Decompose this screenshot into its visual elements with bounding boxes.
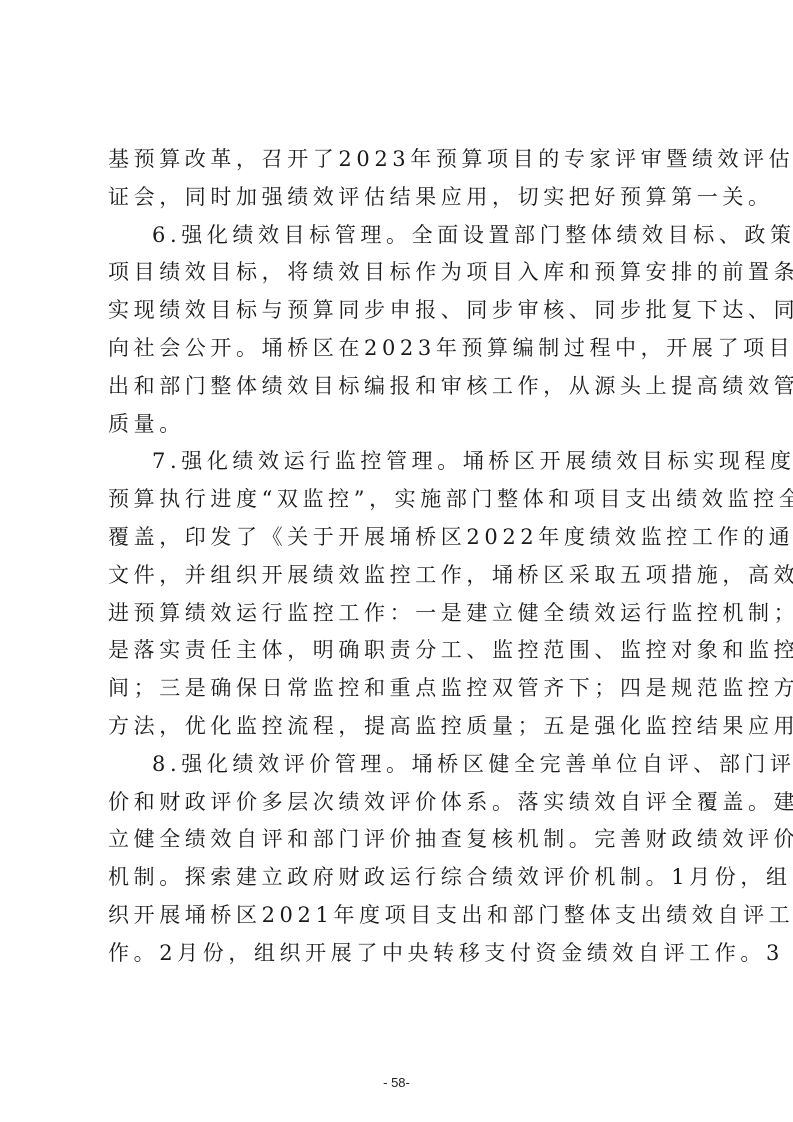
text-line: 项目绩效目标，将绩效目标作为项目入库和预算安排的前置条件， [108, 254, 684, 292]
text-line: 织开展埇桥区2021年度项目支出和部门整体支出绩效自评工 [108, 897, 684, 935]
text-line: 是落实责任主体，明确职责分工、监控范围、监控对象和监控时 [108, 632, 684, 670]
text-line: 8.强化绩效评价管理。埇桥区健全完善单位自评、部门评 [108, 746, 684, 784]
paragraph-6-performance-goals: 6.强化绩效目标管理。全面设置部门整体绩效目标、政策及 项目绩效目标，将绩效目标… [108, 217, 688, 444]
paragraph-continued: 基预算改革，召开了2023年预算项目的专家评审暨绩效评估论 证会，同时加强绩效评… [108, 141, 688, 217]
text-line: 价和财政评价多层次绩效评价体系。落实绩效自评全覆盖。建 [108, 784, 684, 822]
text-line: 预算执行进度“双监控”，实施部门整体和项目支出绩效监控全 [108, 481, 684, 519]
text-line: 文件，并组织开展绩效监控工作，埇桥区采取五项措施，高效推 [108, 557, 684, 595]
body-text: 基预算改革，召开了2023年预算项目的专家评审暨绩效评估论 证会，同时加强绩效评… [108, 141, 688, 973]
text-line: 实现绩效目标与预算同步申报、同步审核、同步批复下达、同步 [108, 292, 684, 330]
text-line: 基预算改革，召开了2023年预算项目的专家评审暨绩效评估论 [108, 141, 684, 179]
text-line: 方法，优化监控流程，提高监控质量；五是强化监控结果应用。 [108, 708, 684, 746]
text-line: 7.强化绩效运行监控管理。埇桥区开展绩效目标实现程度和 [108, 443, 684, 481]
text-line: 6.强化绩效目标管理。全面设置部门整体绩效目标、政策及 [108, 217, 684, 255]
document-page: 基预算改革，召开了2023年预算项目的专家评审暨绩效评估论 证会，同时加强绩效评… [0, 0, 793, 1122]
text-line: 覆盖，印发了《关于开展埇桥区2022年度绩效监控工作的通知》 [108, 519, 684, 557]
paragraph-8-evaluation: 8.强化绩效评价管理。埇桥区健全完善单位自评、部门评 价和财政评价多层次绩效评价… [108, 746, 688, 973]
text-line: 立健全绩效自评和部门评价抽查复核机制。完善财政绩效评价 [108, 821, 684, 859]
text-line: 进预算绩效运行监控工作：一是建立健全绩效运行监控机制；二 [108, 595, 684, 633]
text-line: 证会，同时加强绩效评估结果应用，切实把好预算第一关。 [108, 179, 684, 217]
text-line: 质量。 [108, 406, 684, 444]
page-number: - 58- [0, 1075, 793, 1090]
text-line: 出和部门整体绩效目标编报和审核工作，从源头上提高绩效管理 [108, 368, 684, 406]
text-line: 向社会公开。埇桥区在2023年预算编制过程中，开展了项目支 [108, 330, 684, 368]
text-line: 机制。探索建立政府财政运行综合绩效评价机制。1月份，组 [108, 859, 684, 897]
paragraph-7-monitoring: 7.强化绩效运行监控管理。埇桥区开展绩效目标实现程度和 预算执行进度“双监控”，… [108, 443, 688, 745]
text-line: 作。2月份，组织开展了中央转移支付资金绩效自评工作。3 [108, 935, 684, 973]
text-line: 间；三是确保日常监控和重点监控双管齐下；四是规范监控方式 [108, 670, 684, 708]
